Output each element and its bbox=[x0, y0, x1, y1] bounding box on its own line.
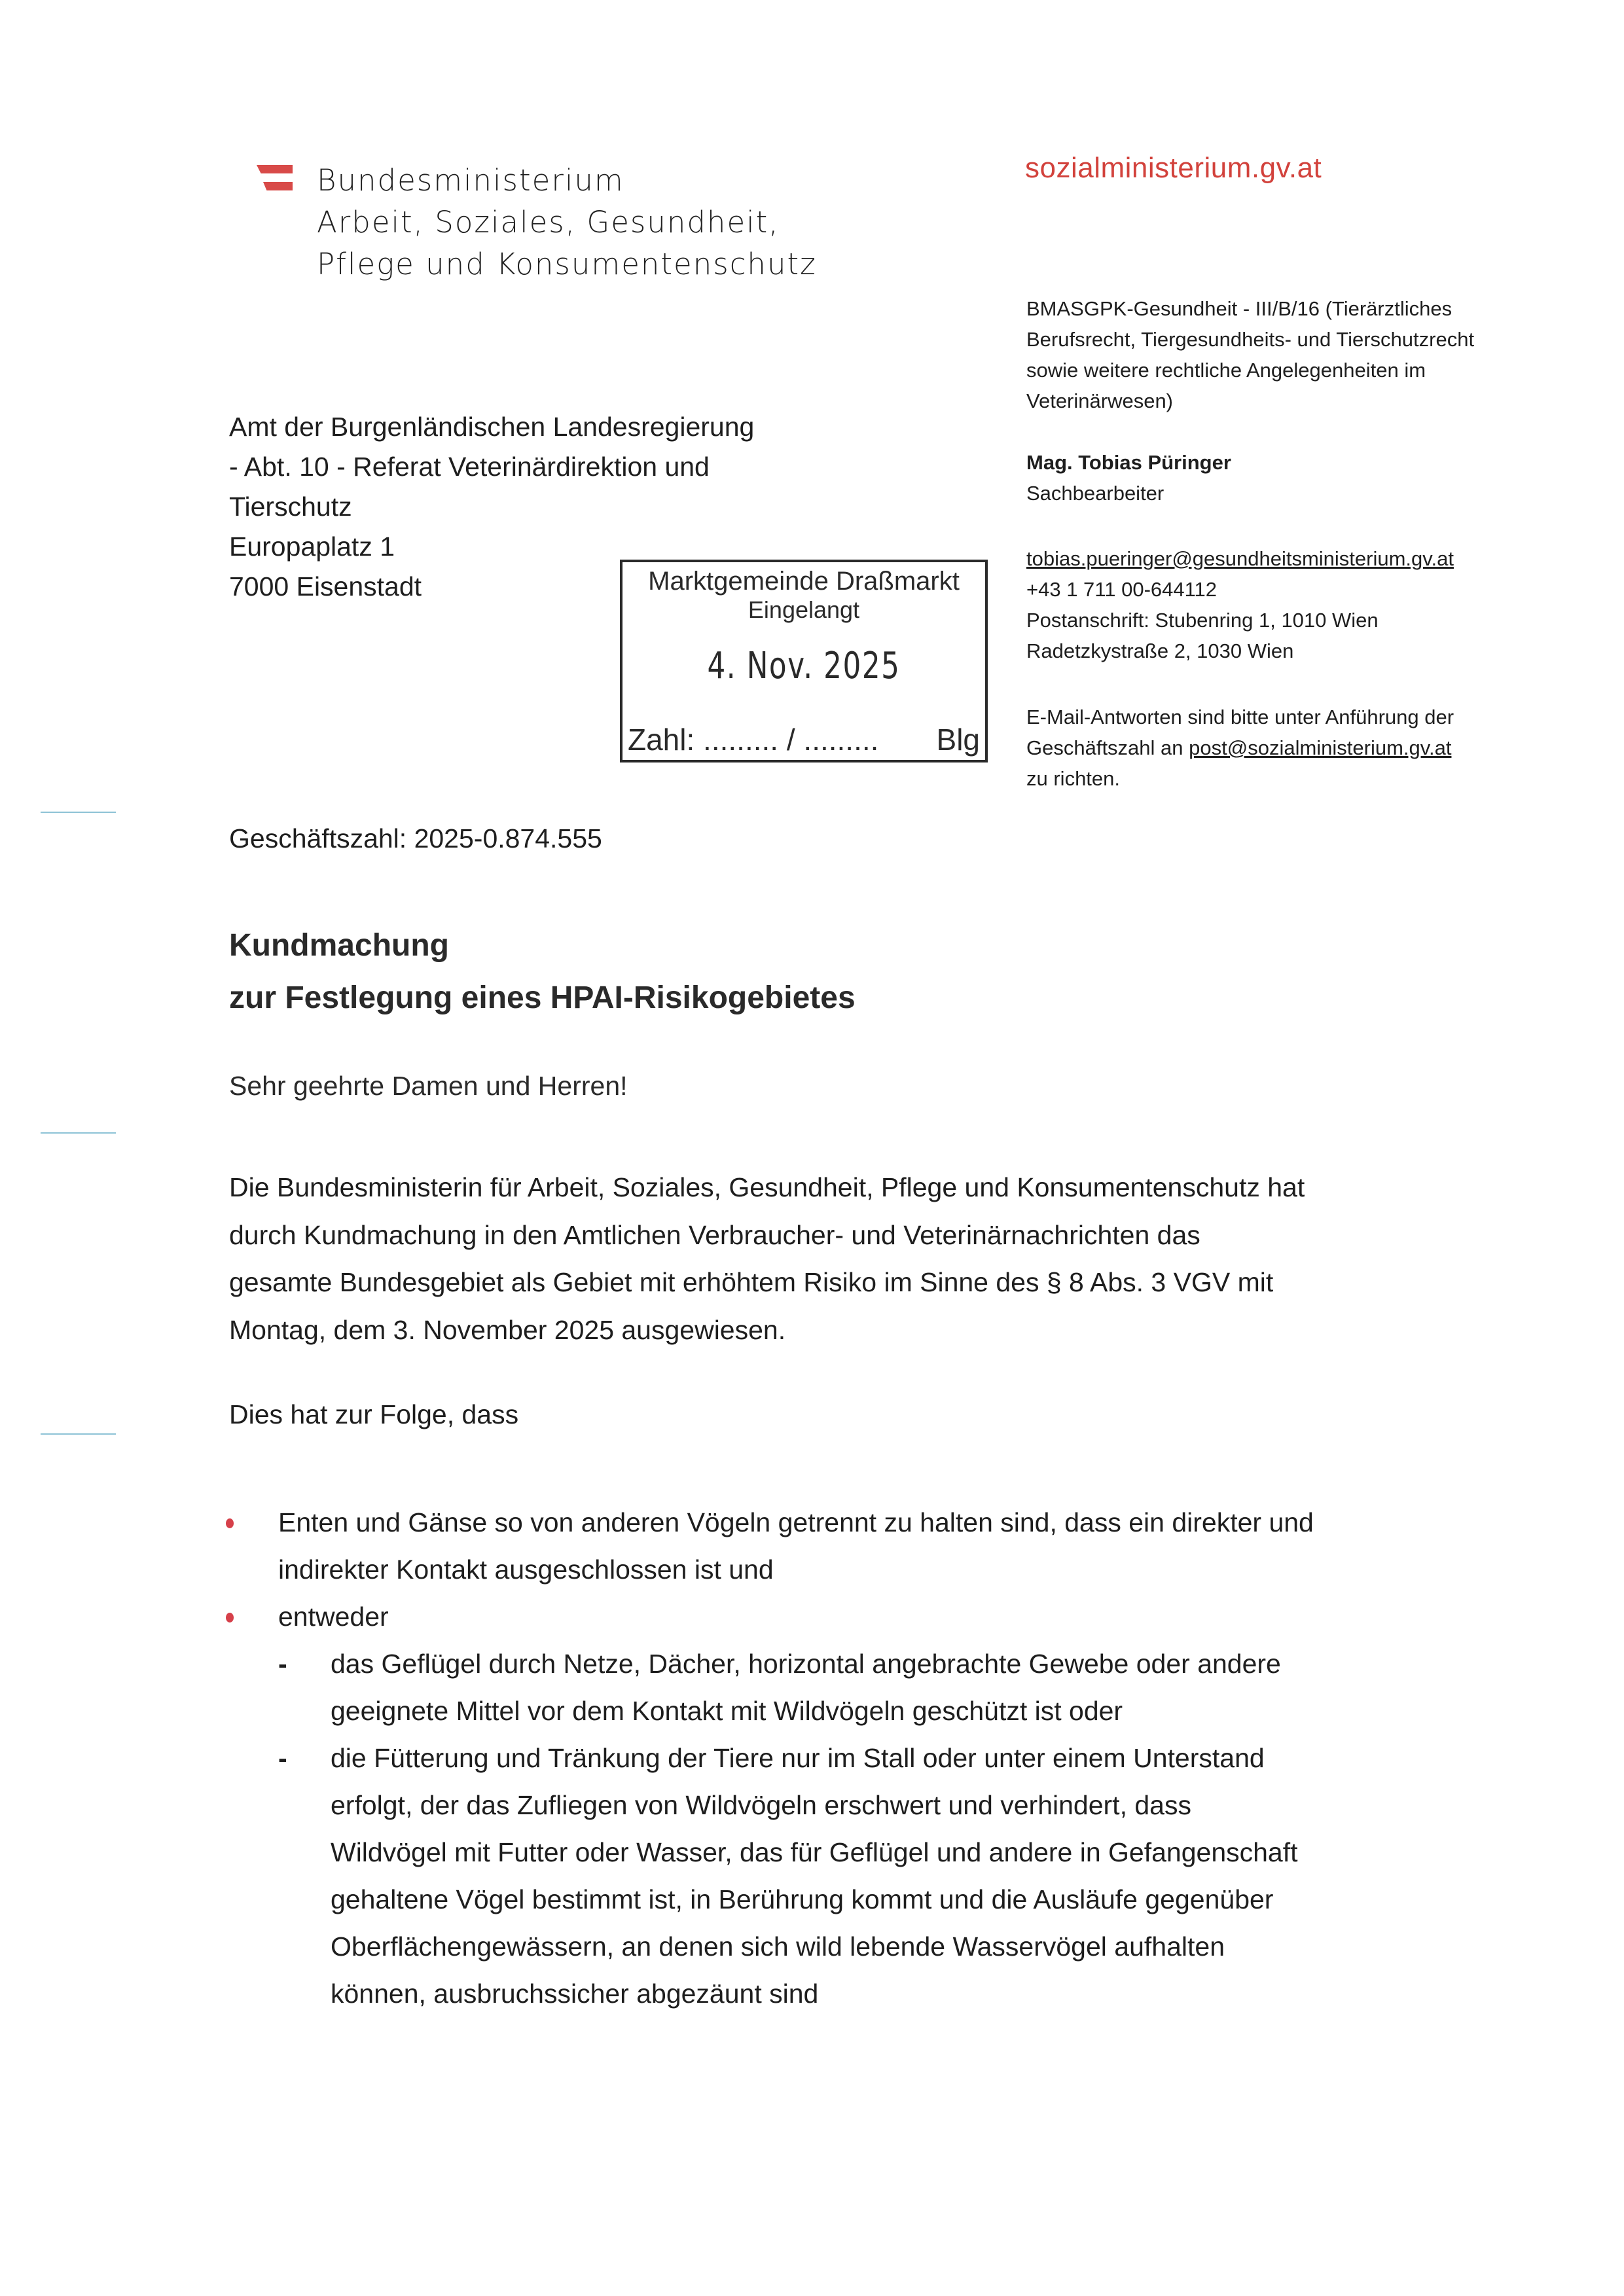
ministry-line: Pflege und Konsumentenschutz bbox=[317, 243, 817, 285]
reply-note-line: E-Mail-Antworten sind bitte unter Anführ… bbox=[1026, 702, 1454, 732]
dash-icon: - bbox=[278, 1640, 287, 1687]
body-paragraph: Die Bundesministerin für Arbeit, Soziale… bbox=[229, 1164, 1305, 1354]
consequence-intro: Dies hat zur Folge, dass bbox=[229, 1399, 518, 1430]
sub-item-line: erfolgt, der das Zufliegen von Wildvögel… bbox=[331, 1782, 1466, 1829]
sender-email-link[interactable]: tobias.pueringer@gesundheitsministerium.… bbox=[1026, 543, 1454, 574]
sender-postal-address: Postanschrift: Stubenring 1, 1010 Wien bbox=[1026, 605, 1454, 636]
paragraph-line: Die Bundesministerin für Arbeit, Soziale… bbox=[229, 1164, 1305, 1211]
sender-street-address: Radetzkystraße 2, 1030 Wien bbox=[1026, 636, 1454, 666]
sender-department: BMASGPK-Gesundheit - III/B/16 (Tierärztl… bbox=[1026, 293, 1474, 416]
paragraph-line: durch Kundmachung in den Amtlichen Verbr… bbox=[229, 1211, 1305, 1259]
ministry-line: Arbeit, Soziales, Gesundheit, bbox=[317, 202, 817, 243]
reply-email-link[interactable]: post@sozialministerium.gv.at bbox=[1189, 736, 1451, 759]
salutation: Sehr geehrte Damen und Herren! bbox=[229, 1071, 628, 1102]
list-item-line: Enten und Gänse so von anderen Vögeln ge… bbox=[278, 1499, 1466, 1546]
title-line: Kundmachung bbox=[229, 920, 856, 972]
reference-number: Geschäftszahl: 2025-0.874.555 bbox=[229, 823, 602, 854]
ministry-line: Bundesministerium bbox=[317, 160, 817, 202]
sub-list-item: - die Fütterung und Tränkung der Tiere n… bbox=[223, 1734, 1466, 2017]
fold-mark-bottom bbox=[41, 1433, 116, 1435]
received-stamp: Marktgemeinde Draßmarkt Eingelangt 4. No… bbox=[620, 560, 988, 762]
fold-mark-top bbox=[41, 812, 116, 813]
dash-icon: - bbox=[278, 1734, 287, 1782]
sub-item-line: gehaltene Vögel bestimmt ist, in Berühru… bbox=[331, 1876, 1466, 1923]
subtitle-line: zur Festlegung eines HPAI-Risikogebietes bbox=[229, 972, 856, 1024]
sender-phone: +43 1 711 00-644112 bbox=[1026, 574, 1454, 605]
bullet-icon bbox=[226, 1518, 234, 1528]
reply-note-line: zu richten. bbox=[1026, 763, 1454, 794]
sub-item-line: geeignete Mittel vor dem Kontakt mit Wil… bbox=[331, 1687, 1466, 1734]
list-item: Enten und Gänse so von anderen Vögeln ge… bbox=[223, 1499, 1466, 1593]
stamp-number-field: Zahl: ......... / ......... Blg bbox=[628, 722, 980, 757]
requirements-list: Enten und Gänse so von anderen Vögeln ge… bbox=[223, 1499, 1466, 2017]
reply-note-text: Geschäftszahl an bbox=[1026, 736, 1189, 759]
department-line: sowie weitere rechtliche Angelegenheiten… bbox=[1026, 355, 1474, 386]
sender-role: Sachbearbeiter bbox=[1026, 478, 1231, 509]
sender-name: Mag. Tobias Püringer bbox=[1026, 447, 1231, 478]
department-line: Berufsrecht, Tiergesundheits- und Tiersc… bbox=[1026, 324, 1474, 355]
stamp-blg-label: Blg bbox=[937, 722, 980, 757]
stamp-date: 4. Nov. 2025 bbox=[662, 645, 945, 687]
fold-mark-middle bbox=[41, 1132, 116, 1134]
stamp-status: Eingelangt bbox=[623, 596, 985, 624]
stamp-zahl-label: Zahl: ......... / ......... bbox=[628, 722, 878, 757]
recipient-line: Amt der Burgenländischen Landesregierung bbox=[229, 407, 754, 447]
austria-flag-logo-icon bbox=[257, 165, 296, 192]
list-item-line: indirekter Kontakt ausgeschlossen ist un… bbox=[278, 1546, 1466, 1593]
stamp-municipality: Marktgemeinde Draßmarkt bbox=[623, 566, 985, 596]
sub-list-item: - das Geflügel durch Netze, Dächer, hori… bbox=[223, 1640, 1466, 1734]
document-title: Kundmachung zur Festlegung eines HPAI-Ri… bbox=[229, 920, 856, 1024]
reply-note: E-Mail-Antworten sind bitte unter Anführ… bbox=[1026, 702, 1454, 794]
paragraph-line: gesamte Bundesgebiet als Gebiet mit erhö… bbox=[229, 1259, 1305, 1306]
list-item-line: entweder bbox=[278, 1593, 1466, 1640]
sender-contact: tobias.pueringer@gesundheitsministerium.… bbox=[1026, 543, 1454, 666]
department-line: BMASGPK-Gesundheit - III/B/16 (Tierärztl… bbox=[1026, 293, 1474, 324]
ministry-website[interactable]: sozialministerium.gv.at bbox=[1025, 152, 1322, 185]
sub-item-line: das Geflügel durch Netze, Dächer, horizo… bbox=[331, 1640, 1466, 1687]
sub-item-line: können, ausbruchssicher abgezäunt sind bbox=[331, 1970, 1466, 2017]
paragraph-line: Montag, dem 3. November 2025 ausgewiesen… bbox=[229, 1306, 1305, 1354]
reply-note-line: Geschäftszahl an post@sozialministerium.… bbox=[1026, 732, 1454, 763]
recipient-line: - Abt. 10 - Referat Veterinärdirektion u… bbox=[229, 447, 754, 487]
ministry-name: Bundesministerium Arbeit, Soziales, Gesu… bbox=[317, 160, 817, 285]
sub-item-line: Wildvögel mit Futter oder Wasser, das fü… bbox=[331, 1829, 1466, 1876]
recipient-line: Tierschutz bbox=[229, 487, 754, 527]
sub-item-line: die Fütterung und Tränkung der Tiere nur… bbox=[331, 1734, 1466, 1782]
sender-person: Mag. Tobias Püringer Sachbearbeiter bbox=[1026, 447, 1231, 509]
sub-item-line: Oberflächengewässern, an denen sich wild… bbox=[331, 1923, 1466, 1970]
department-line: Veterinärwesen) bbox=[1026, 386, 1474, 416]
bullet-icon bbox=[226, 1613, 234, 1623]
list-item: entweder bbox=[223, 1593, 1466, 1640]
